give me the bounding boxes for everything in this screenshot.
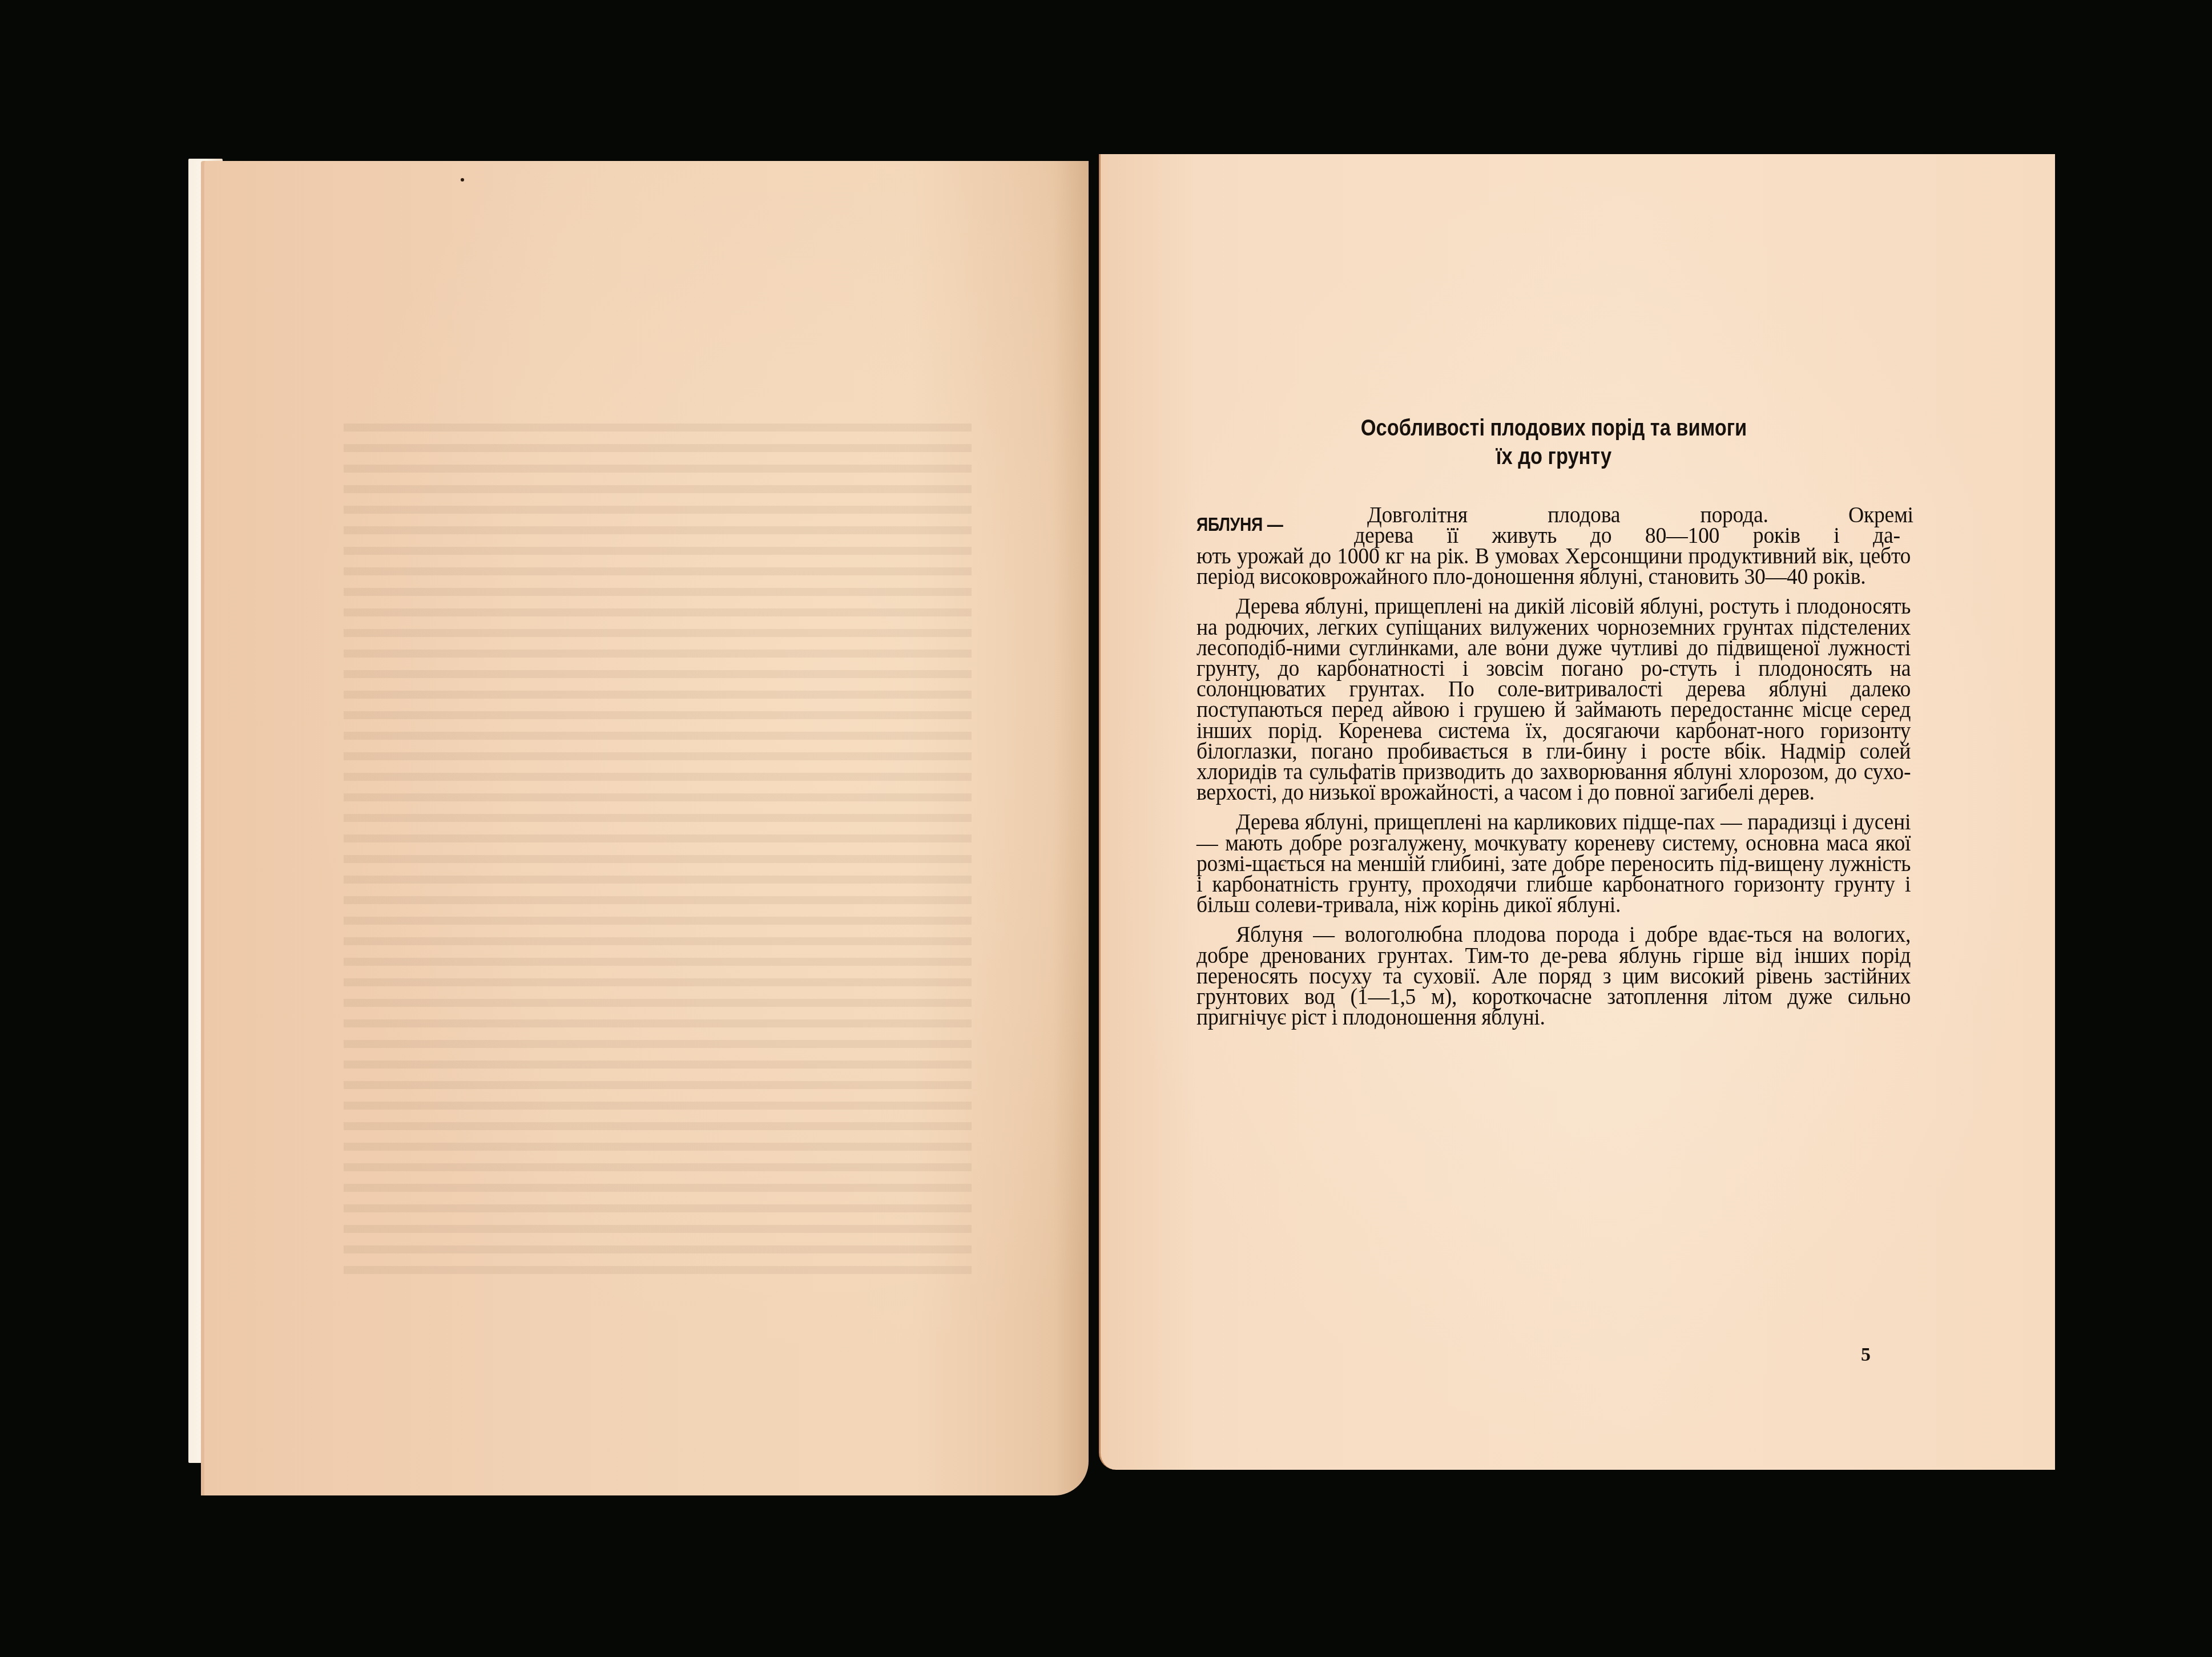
paragraph-3: Яблуня — вологолюбна плодова порода і до…	[1196, 924, 1911, 1027]
scan-background: Особливості плодових порід та вимоги їх …	[0, 0, 2212, 1657]
section-title: Особливості плодових порід та вимоги їх …	[1247, 414, 1862, 471]
lead-paragraph: ЯБЛУНЯ — Довголітня плодова порода. Окре…	[1196, 504, 1911, 586]
page-number: 5	[1861, 1344, 1871, 1366]
section-title-line-1: Особливості плодових порід та вимоги	[1247, 414, 1862, 442]
right-page: Особливості плодових порід та вимоги їх …	[1099, 154, 2055, 1470]
page-content: Особливості плодових порід та вимоги їх …	[1196, 414, 1911, 1027]
lead-line-2: дерева її живуть до 80—100 років і да-	[1354, 525, 1900, 545]
show-through-text	[344, 424, 972, 1280]
paper-speck	[461, 178, 464, 182]
paragraph-2: Дерева яблуні, прищеплені на карликових …	[1196, 811, 1911, 914]
lead-paragraph-rest: ють урожай до 1000 кг на рік. В умовах Х…	[1196, 545, 1911, 586]
left-page	[201, 161, 1089, 1495]
section-title-line-2: їх до грунту	[1247, 442, 1862, 471]
lead-term: ЯБЛУНЯ —	[1196, 514, 1283, 535]
paragraph-1: Дерева яблуні, прищеплені на дикій лісов…	[1196, 595, 1911, 802]
